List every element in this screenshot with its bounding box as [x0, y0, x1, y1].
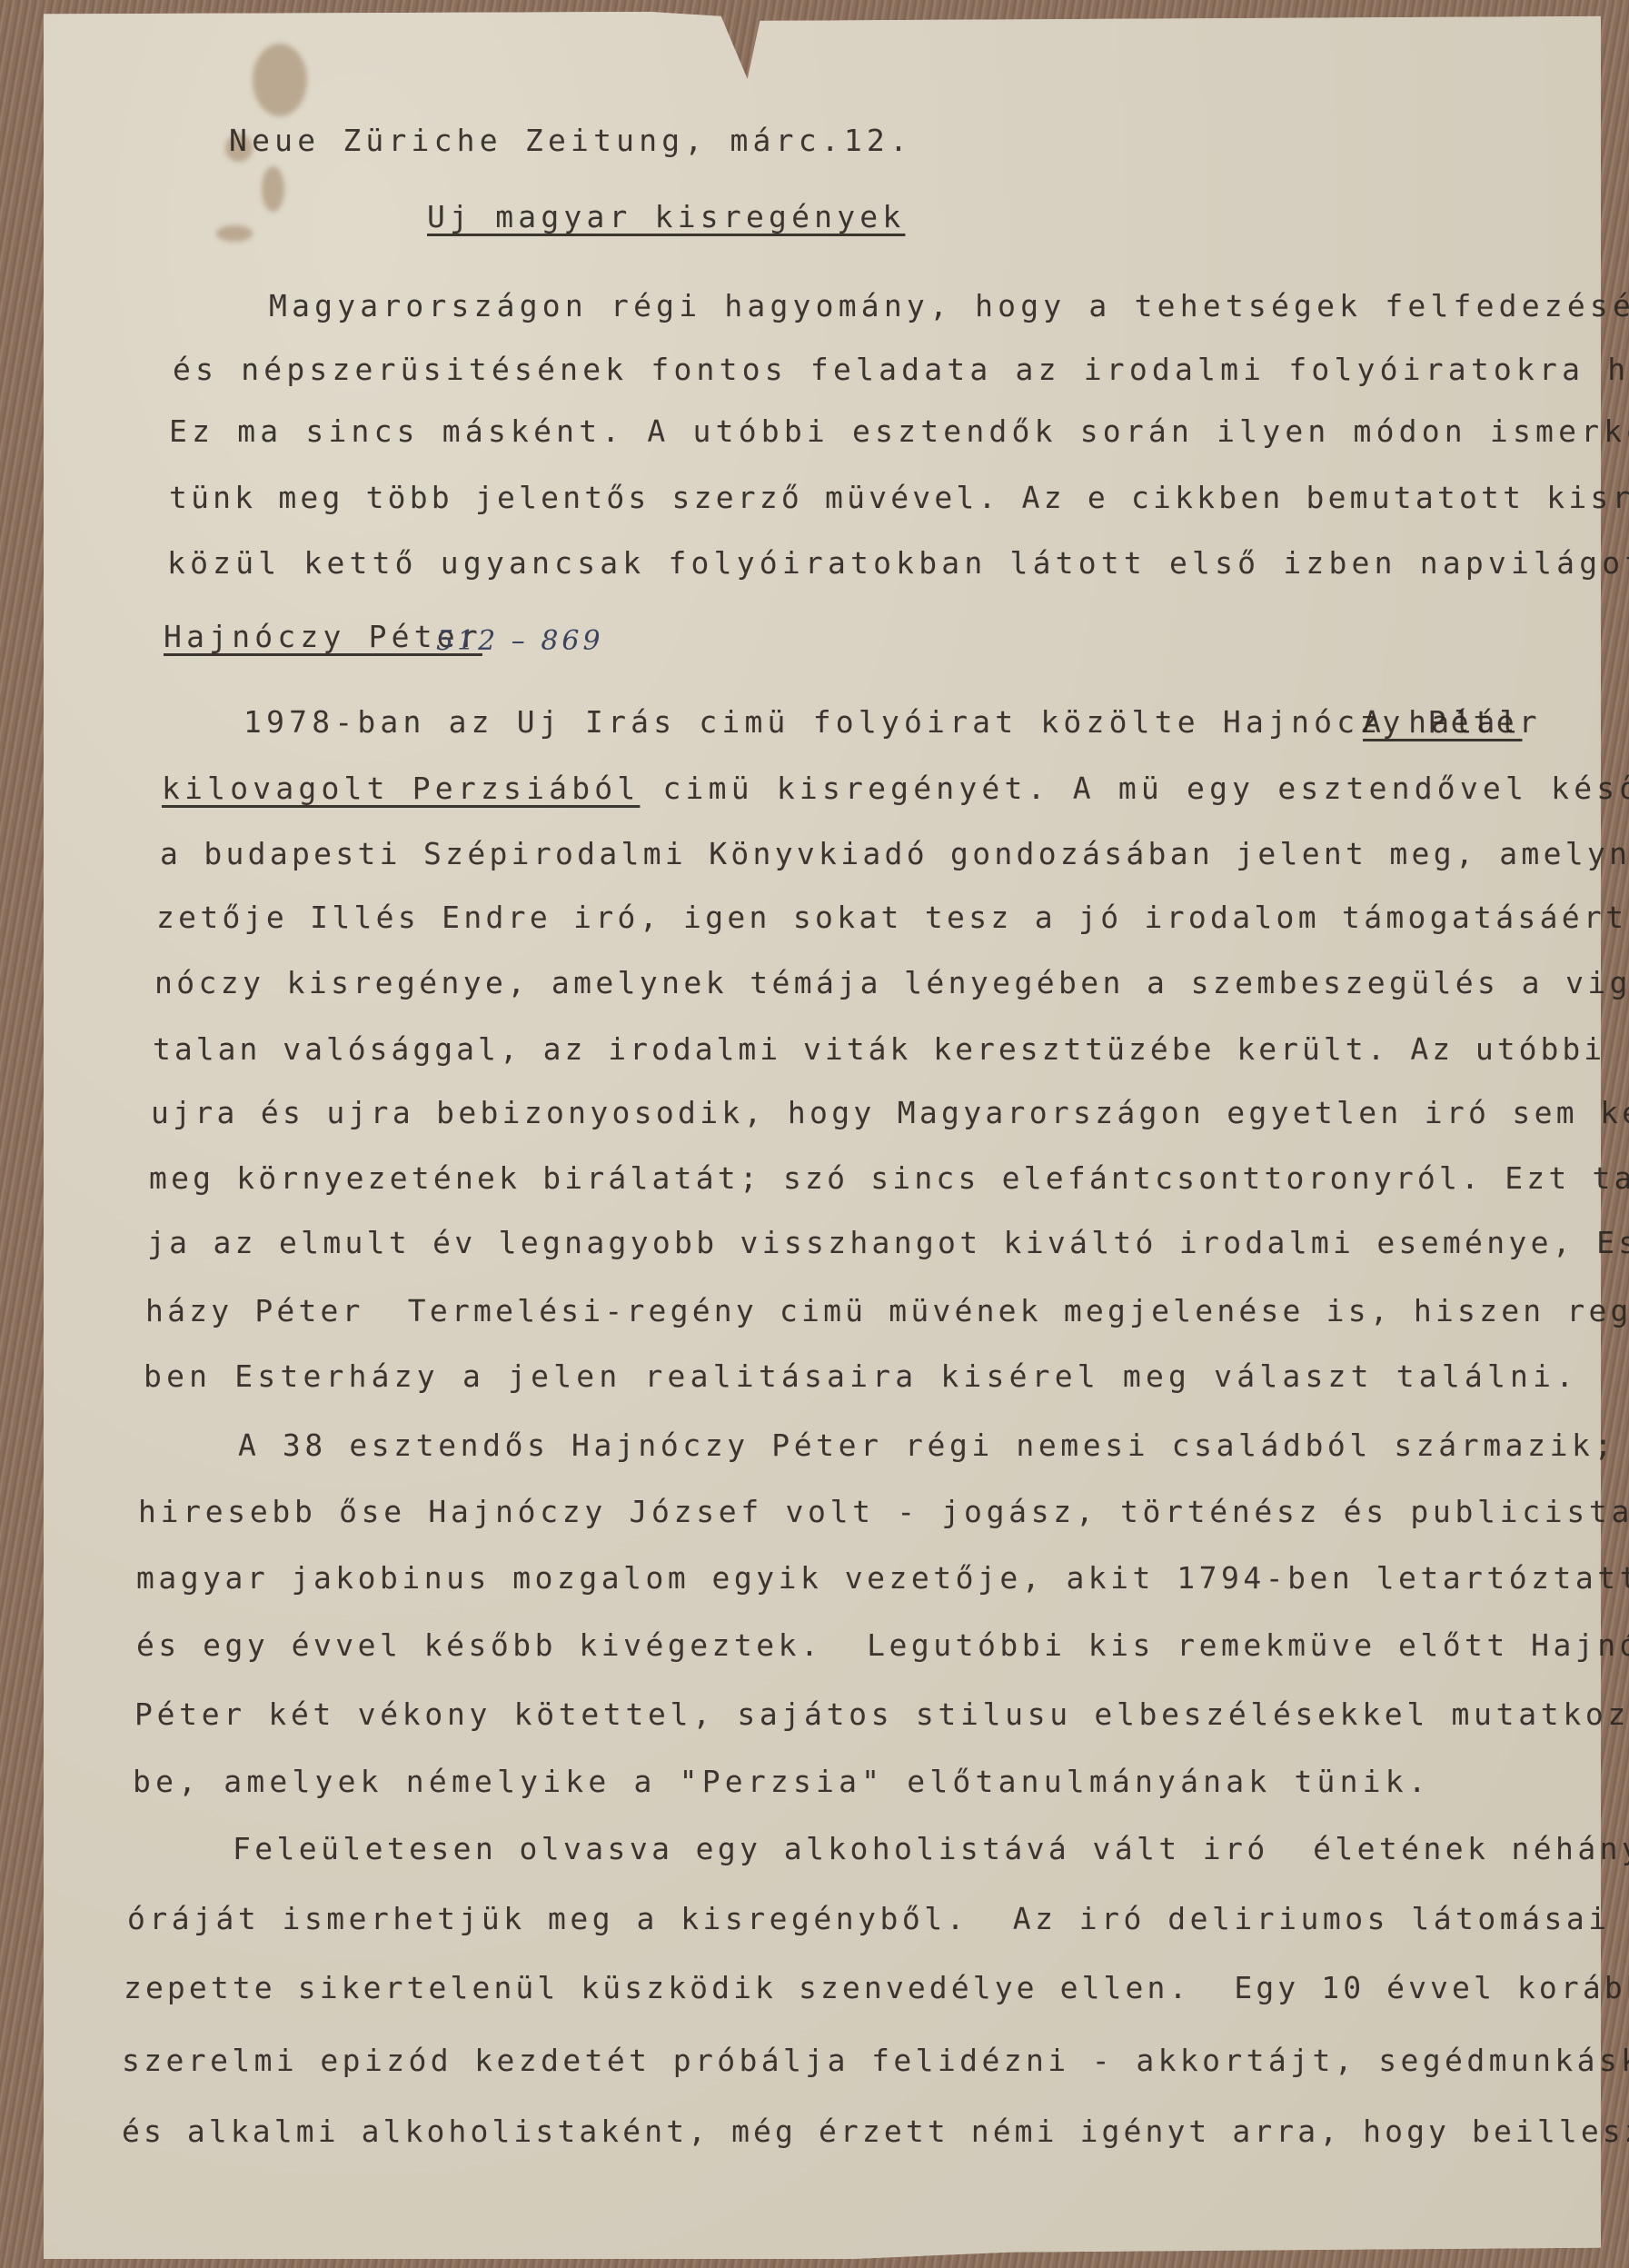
text-line: Magyarországon régi hagyomány, hogy a te…	[269, 291, 1629, 321]
text-line: tünk meg több jelentős szerző müvével. A…	[169, 482, 1629, 512]
text-line: talan valósággal, az irodalmi viták kere…	[153, 1034, 1629, 1064]
text-line: ujra és ujra bebizonyosodik, hogy Magyar…	[151, 1098, 1629, 1128]
text-line: magyar jakobinus mozgalom egyik vezetője…	[136, 1563, 1629, 1593]
text-line: Feleületesen olvasva egy alkoholistává v…	[233, 1834, 1629, 1864]
book-title-part: A halál	[1363, 707, 1522, 737]
text-line: zetője Illés Endre iró, igen sokat tesz …	[156, 902, 1629, 932]
text-line: ja az elmult év legnagyobb visszhangot k…	[147, 1228, 1629, 1258]
text-line: és népszerüsitésének fontos feladata az …	[173, 354, 1629, 384]
text-fragment: cimü kisregényét. A mü egy esztendővel k…	[640, 771, 1629, 806]
handwritten-note: 512 – 869	[436, 625, 604, 657]
book-title-part: kilovagolt Perzsiából	[162, 771, 640, 806]
stain	[253, 44, 307, 116]
text-line: A 38 esztendős Hajnóczy Péter régi nemes…	[238, 1430, 1629, 1460]
text-line: közül kettő ugyancsak folyóiratokban lát…	[167, 548, 1629, 578]
text-line: nóczy kisregénye, amelynek témája lényeg…	[154, 968, 1629, 998]
text-line: hiresebb őse Hajnóczy József volt - jogá…	[138, 1497, 1629, 1527]
text-line: a budapesti Szépirodalmi Könyvkiadó gond…	[160, 839, 1629, 869]
text-line: zepette sikertelenül küszködik szenvedél…	[124, 1973, 1629, 2003]
text-line: kilovagolt Perzsiából cimü kisregényét. …	[162, 773, 1629, 803]
text-line: és alkalmi alkoholistaként, még érzett n…	[122, 2116, 1629, 2146]
stain	[216, 225, 253, 242]
article-title: Uj magyar kisregények	[427, 202, 905, 232]
text-line: szerelmi epizód kezdetét próbálja felidé…	[122, 2045, 1629, 2075]
text-line: be, amelyek némelyike a "Perzsia" előtan…	[133, 1766, 1431, 1796]
text-line: és egy évvel később kivégeztek. Legutóbb…	[136, 1630, 1629, 1660]
text-line: házy Péter Termelési-regény cimü müvének…	[145, 1296, 1629, 1326]
text-line: meg környezetének birálatát; szó sincs e…	[149, 1163, 1629, 1193]
stain	[262, 166, 284, 212]
text-line: óráját ismerhetjük meg a kisregényből. A…	[127, 1904, 1629, 1934]
text-line: ben Esterházy a jelen realitásaira kisér…	[144, 1361, 1578, 1391]
section-heading: Hajnóczy Péter	[164, 622, 482, 652]
text-line: Péter két vékony kötettel, sajátos stilu…	[134, 1699, 1629, 1729]
text-line: Ez ma sincs másként. A utóbbi esztendők …	[169, 416, 1629, 446]
source-line: Neue Züriche Zeitung, márc.12.	[229, 125, 912, 155]
